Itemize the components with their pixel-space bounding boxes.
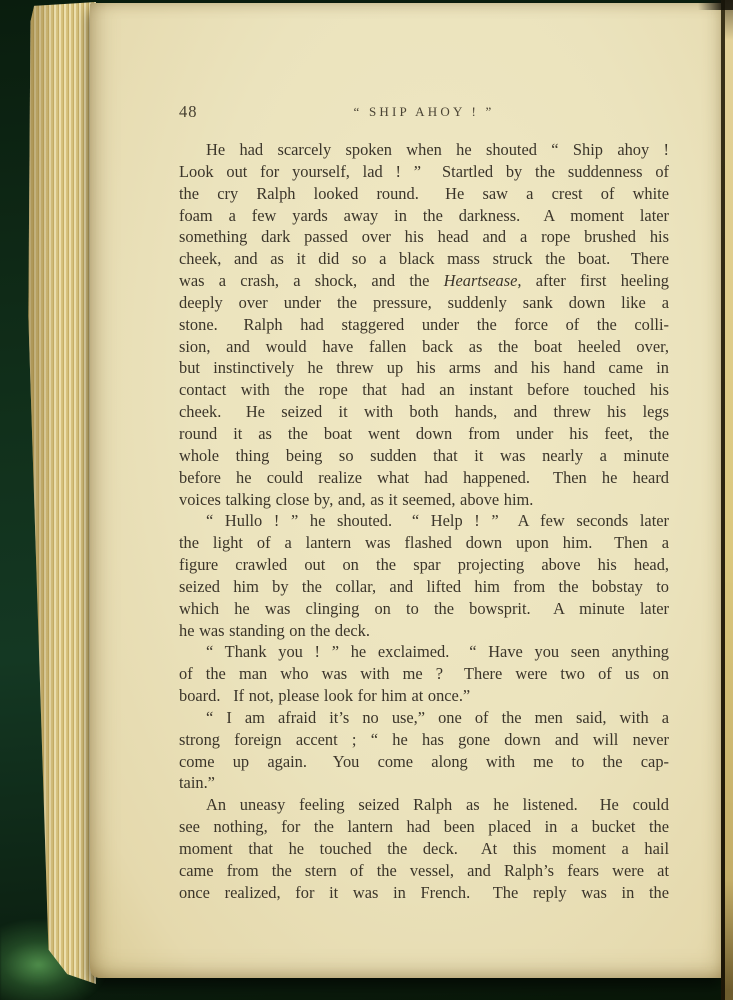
text-line: He had scarcely spoken when he shouted “… [179, 139, 669, 161]
text-segment: figure crawled out on the spar projectin… [179, 555, 669, 574]
paragraph: “ Thank you ! ” he exclaimed. “ Have you… [179, 641, 669, 707]
text-line: “ I am afraid it’s no use,” one of the m… [179, 707, 669, 729]
text-line: voices talking close by, and, as it seem… [179, 489, 669, 511]
text-segment: “ Hullo ! ” he shouted. “ Help ! ” A few… [206, 511, 669, 530]
text-segment: he was standing on the deck. [179, 621, 370, 640]
text-line: board. If not, please look for him at on… [179, 685, 669, 707]
text-line: Look out for yourself, lad ! ” Startled … [179, 161, 669, 183]
text-segment: the light of a lantern was flashed down … [179, 533, 669, 552]
text-line: An uneasy feeling seized Ralph as he lis… [179, 794, 669, 816]
text-segment: cheek. He seized it with both hands, and… [179, 402, 669, 421]
paragraph: “ I am afraid it’s no use,” one of the m… [179, 707, 669, 794]
book-page: 48 “ SHIP AHOY ! ” He had scarcely spoke… [90, 3, 722, 978]
text-line: tain.” [179, 772, 669, 794]
text-line: foam a few yards away in the darkness. A… [179, 205, 669, 227]
text-line: came from the stern of the vessel, and R… [179, 860, 669, 882]
text-segment: of the man who was with me ? There were … [179, 664, 669, 683]
text-segment: Look out for yourself, lad ! ” Startled … [179, 162, 669, 181]
text-segment: which he was clinging on to the bowsprit… [179, 599, 669, 618]
paragraph: An uneasy feeling seized Ralph as he lis… [179, 794, 669, 903]
text-line: round it as the boat went down from unde… [179, 423, 669, 445]
text-segment: sion, and would have fallen back as the … [179, 337, 669, 356]
text-segment: “ Thank you ! ” he exclaimed. “ Have you… [206, 642, 669, 661]
text-segment: whole thing being so sudden that it was … [179, 446, 669, 465]
text-segment: something dark passed over his head and … [179, 227, 669, 246]
text-segment: “ I am afraid it’s no use,” one of the m… [206, 708, 669, 727]
text-line: but instinctively he threw up his arms a… [179, 357, 669, 379]
text-line: “ Thank you ! ” he exclaimed. “ Have you… [179, 641, 669, 663]
text-segment: the cry Ralph looked round. He saw a cre… [179, 184, 669, 203]
running-header: “ SHIP AHOY ! ” [179, 100, 669, 120]
text-segment: before he could realize what had happene… [179, 468, 669, 487]
text-segment: tain.” [179, 773, 215, 792]
text-line: figure crawled out on the spar projectin… [179, 554, 669, 576]
text-line: the cry Ralph looked round. He saw a cre… [179, 183, 669, 205]
text-line: contact with the rope that had an instan… [179, 379, 669, 401]
text-line: whole thing being so sudden that it was … [179, 445, 669, 467]
text-line: moment that he touched the deck. At this… [179, 838, 669, 860]
text-line: he was standing on the deck. [179, 620, 669, 642]
text-segment: contact with the rope that had an instan… [179, 380, 669, 399]
book-scan: 48 “ SHIP AHOY ! ” He had scarcely spoke… [0, 0, 733, 1000]
text-line: seized him by the collar, and lifted him… [179, 576, 669, 598]
text-line: strong foreign accent ; “ he has gone do… [179, 729, 669, 751]
text-line: stone. Ralph had staggered under the for… [179, 314, 669, 336]
text-line: something dark passed over his head and … [179, 226, 669, 248]
text-segment: after first heeling [522, 271, 670, 290]
text-line: sion, and would have fallen back as the … [179, 336, 669, 358]
text-line: the light of a lantern was flashed down … [179, 532, 669, 554]
page-text-block: 48 “ SHIP AHOY ! ” He had scarcely spoke… [179, 100, 669, 904]
text-segment: An uneasy feeling seized Ralph as he lis… [206, 795, 669, 814]
text-segment: moment that he touched the deck. At this… [179, 839, 669, 858]
text-line: see nothing, for the lantern had been pl… [179, 816, 669, 838]
adjacent-page-edge [725, 0, 733, 1000]
text-line: cheek. He seized it with both hands, and… [179, 401, 669, 423]
text-segment: seized him by the collar, and lifted him… [179, 577, 669, 596]
text-line: “ Hullo ! ” he shouted. “ Help ! ” A few… [179, 510, 669, 532]
paragraph: He had scarcely spoken when he shouted “… [179, 139, 669, 510]
text-line: which he was clinging on to the bowsprit… [179, 598, 669, 620]
text-line: come up again. You come along with me to… [179, 751, 669, 773]
text-line: cheek, and as it did so a black mass str… [179, 248, 669, 270]
text-segment: cheek, and as it did so a black mass str… [179, 249, 669, 268]
text-segment: see nothing, for the lantern had been pl… [179, 817, 669, 836]
text-segment: foam a few yards away in the darkness. A… [179, 206, 669, 225]
text-segment: come up again. You come along with me to… [179, 752, 669, 771]
text-segment: was a crash, a shock, and the [179, 271, 444, 290]
text-segment: voices talking close by, and, as it seem… [179, 490, 533, 509]
top-right-shadow [698, 0, 733, 10]
page-header: 48 “ SHIP AHOY ! ” [179, 100, 669, 126]
text-segment: deeply over under the pressure, suddenly… [179, 293, 669, 312]
text-line: of the man who was with me ? There were … [179, 663, 669, 685]
page-body-text: He had scarcely spoken when he shouted “… [179, 139, 669, 904]
text-line: before he could realize what had happene… [179, 467, 669, 489]
text-line: deeply over under the pressure, suddenly… [179, 292, 669, 314]
text-segment: but instinctively he threw up his arms a… [179, 358, 669, 377]
ship-name-italic: Heartsease, [444, 271, 522, 290]
paragraph: “ Hullo ! ” he shouted. “ Help ! ” A few… [179, 510, 669, 641]
text-segment: board. If not, please look for him at on… [179, 686, 470, 705]
text-segment: came from the stern of the vessel, and R… [179, 861, 669, 880]
text-segment: He had scarcely spoken when he shouted “… [206, 140, 669, 159]
text-segment: round it as the boat went down from unde… [179, 424, 669, 443]
text-segment: once realized, for it was in French. The… [179, 883, 669, 902]
text-segment: stone. Ralph had staggered under the for… [179, 315, 669, 334]
text-segment: strong foreign accent ; “ he has gone do… [179, 730, 669, 749]
text-line: was a crash, a shock, and the Heartsease… [179, 270, 669, 292]
page-number: 48 [179, 102, 198, 122]
text-line: once realized, for it was in French. The… [179, 882, 669, 904]
